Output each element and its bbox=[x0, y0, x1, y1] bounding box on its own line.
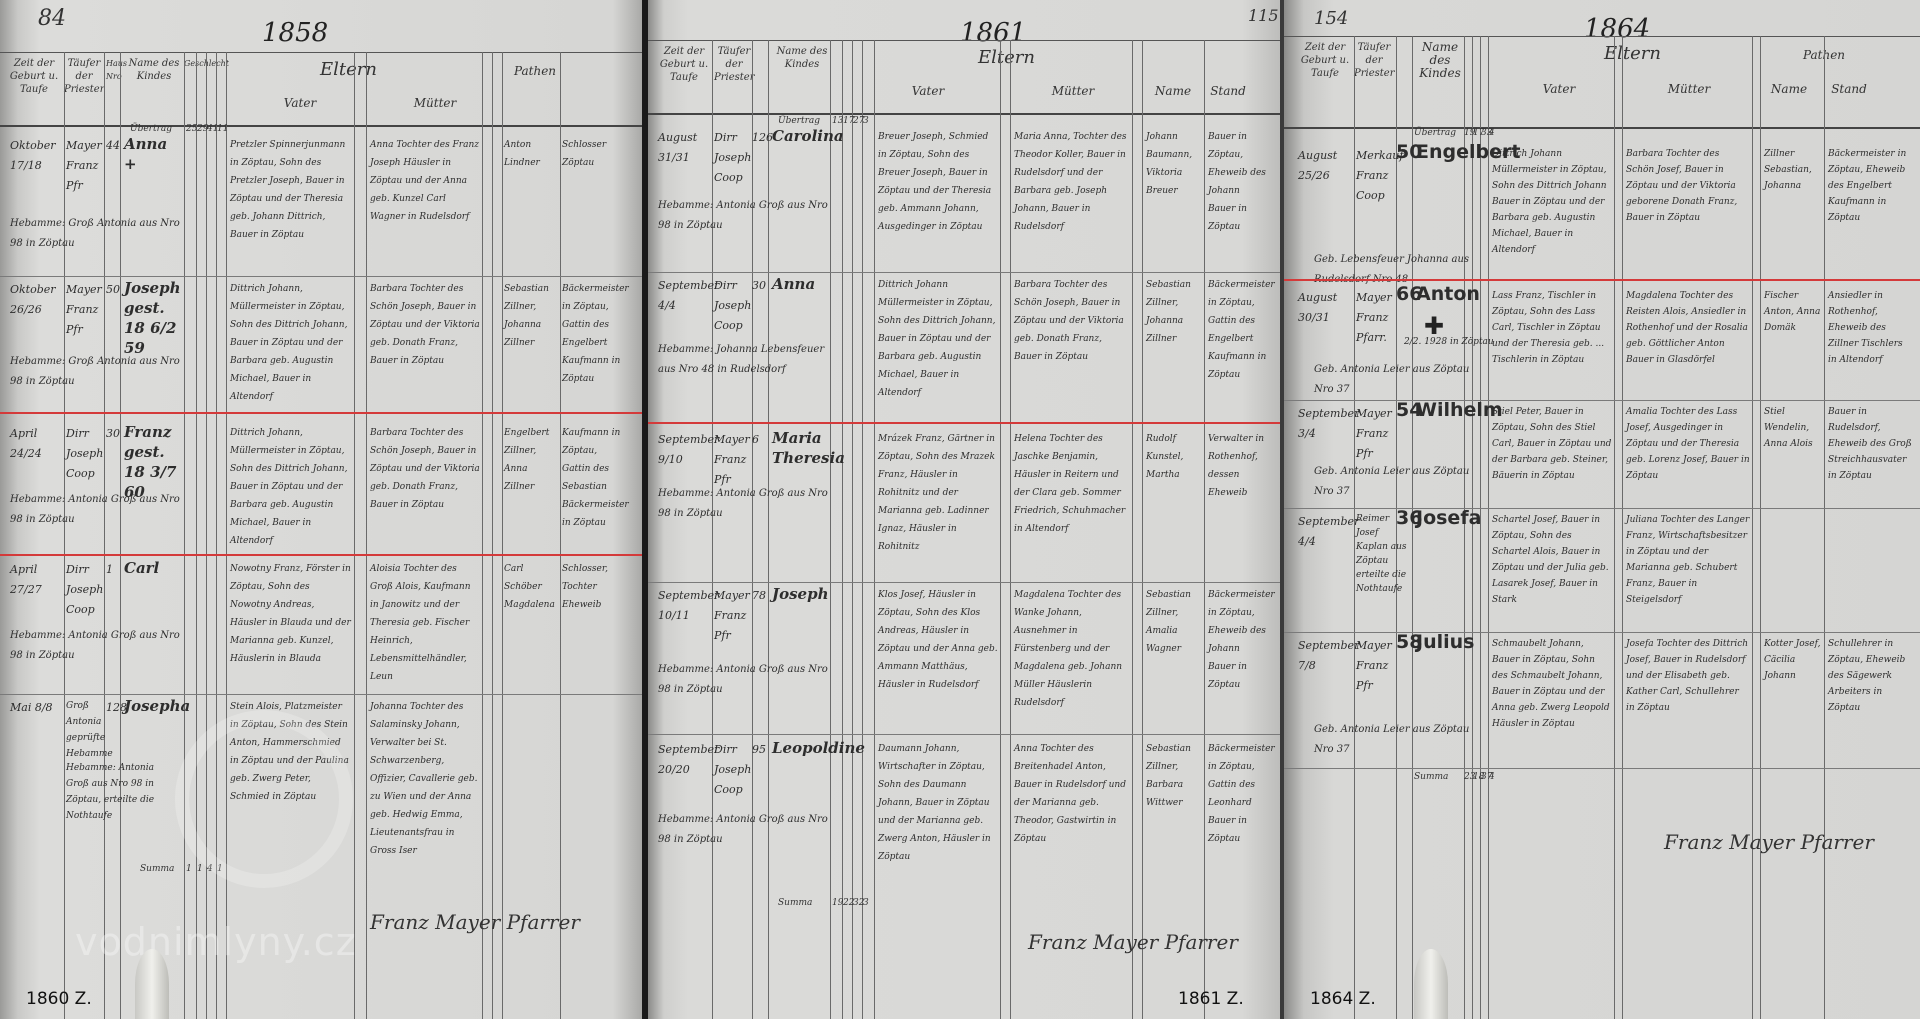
header-priest: Täufer der Priester bbox=[1354, 41, 1394, 80]
entry-priest: Mayer Franz Pfr bbox=[714, 430, 752, 490]
page-number: 115 bbox=[1248, 6, 1279, 25]
watermark-gear-icon bbox=[175, 710, 353, 888]
entry-godparent-name: Rudolf Kunstel, Martha bbox=[1146, 430, 1202, 484]
header-date: Zeit der Geburt u. Taufe bbox=[1298, 41, 1352, 80]
carryover-count: 25 bbox=[186, 124, 197, 134]
entry-house: 50 bbox=[106, 280, 120, 300]
archive-stamp: 1860 Z. bbox=[26, 989, 92, 1009]
entry-midwife: Hebamme: Antonia Groß aus Nro 98 in Zöpt… bbox=[658, 810, 828, 850]
column-header-row: Zeit der Geburt u. Taufe Täufer der Prie… bbox=[0, 52, 645, 127]
entry-house: 126 bbox=[752, 128, 773, 148]
entry-father: Dittrich Johann, Müllermeister in Zöptau… bbox=[230, 280, 352, 406]
header-father: Vater bbox=[1514, 83, 1604, 96]
entry-date: September 20/20 bbox=[658, 740, 710, 780]
entry-father: Dittrich Johann, Müllermeister in Zöptau… bbox=[230, 424, 352, 550]
column-divider bbox=[492, 52, 493, 1019]
entry-midwife: Geb. Antonia Leier aus Zöptau Nro 37 bbox=[1314, 462, 1484, 502]
summa-count: 1 bbox=[197, 864, 203, 874]
entry-date: August 25/26 bbox=[1298, 146, 1352, 186]
thumb-clip bbox=[135, 949, 169, 1019]
entry-godparent-name: Sebastian Zillner, Barbara Wittwer bbox=[1146, 740, 1202, 812]
thumb-clip bbox=[1414, 949, 1448, 1019]
entry-priest: Mayer Franz Pfr bbox=[66, 136, 104, 196]
entry-midwife: Hebamme: Groß Antonia aus Nro 98 in Zöpt… bbox=[10, 352, 180, 392]
entry-midwife: Hebamme: Antonia Groß aus Nro 98 in Zöpt… bbox=[658, 484, 828, 524]
page-number: 154 bbox=[1314, 8, 1348, 29]
entry-date: September 3/4 bbox=[1298, 404, 1352, 444]
header-house: Haus Nro bbox=[106, 57, 120, 83]
red-marker-line bbox=[0, 554, 645, 556]
column-divider bbox=[502, 52, 503, 1019]
entry-child: Anna + bbox=[124, 134, 184, 174]
column-divider bbox=[482, 52, 483, 1019]
entry-child: Josefa bbox=[1416, 508, 1466, 528]
entry-midwife: Hebamme: Antonia Groß aus Nro 98 in Zöpt… bbox=[10, 626, 180, 666]
entry-date: Oktober 17/18 bbox=[10, 136, 62, 176]
entry-date: September 7/8 bbox=[1298, 636, 1352, 676]
entry-father: Dittrich Johann Müllermeister in Zöptau,… bbox=[878, 276, 998, 402]
entry-house: 44 bbox=[106, 136, 120, 156]
entry-house: 30 bbox=[106, 424, 120, 444]
summa-count: 4 bbox=[1489, 772, 1495, 782]
header-child: Name des Kindes bbox=[772, 45, 832, 71]
entry-godparent-status: Bäckermeister in Zöptau, Eheweib des Joh… bbox=[1208, 586, 1268, 694]
entry-house: 78 bbox=[752, 586, 766, 606]
entry-date: Oktober 26/26 bbox=[10, 280, 62, 320]
entry-midwife: Hebamme: Antonia Groß aus Nro 98 in Zöpt… bbox=[658, 196, 828, 236]
entry-date: August 31/31 bbox=[658, 128, 710, 168]
entry-priest: Merkauf Franz Coop bbox=[1356, 146, 1396, 206]
entry-child: Leopoldine bbox=[772, 738, 842, 758]
entry-priest: Mayer Franz Pfarr. bbox=[1356, 288, 1396, 348]
column-divider bbox=[1132, 40, 1133, 1019]
column-divider bbox=[1488, 36, 1489, 1019]
archive-stamp: 1861 Z. bbox=[1178, 989, 1244, 1009]
entry-date: September 4/4 bbox=[658, 276, 710, 316]
summa-count: 1 bbox=[186, 864, 192, 874]
entry-mother: Barbara Tochter des Schön Josef, Bauer i… bbox=[1626, 146, 1750, 226]
entry-child: Anton bbox=[1416, 284, 1466, 304]
entry-father: Klos Josef, Häusler in Zöptau, Sohn des … bbox=[878, 586, 998, 694]
entry-mother: Barbara Tochter des Schön Joseph, Bauer … bbox=[370, 424, 480, 514]
entry-godparent-name: Stiel Wendelin, Anna Alois bbox=[1764, 404, 1822, 452]
header-parents: Eltern bbox=[320, 59, 377, 80]
entry-child: Engelbert bbox=[1416, 142, 1466, 162]
entry-date: September 9/10 bbox=[658, 430, 710, 470]
entry-house: 6 bbox=[752, 430, 759, 450]
entry-date: August 30/31 bbox=[1298, 288, 1352, 328]
header-parents: Eltern bbox=[1604, 43, 1661, 64]
column-divider bbox=[1622, 36, 1623, 1019]
entry-godparent-name: Sebastian Zillner, Johanna Zillner bbox=[1146, 276, 1202, 348]
red-marker-line bbox=[648, 422, 1280, 424]
column-divider bbox=[752, 40, 753, 1019]
entry-father: Dittrich Johann Müllermeister in Zöptau,… bbox=[1492, 146, 1612, 258]
column-divider bbox=[768, 40, 769, 1019]
signature: Franz Mayer Pfarrer bbox=[1028, 930, 1238, 954]
column-divider bbox=[366, 52, 367, 1019]
header-father: Vater bbox=[878, 85, 978, 98]
entry-midwife: Hebamme: Johanna Lebensfeuer aus Nro 48 … bbox=[658, 340, 838, 380]
column-divider bbox=[862, 40, 863, 1019]
entry-mother: Aloisia Tochter des Groß Alois, Kaufmann… bbox=[370, 560, 480, 686]
entry-mother: Barbara Tochter des Schön Joseph, Bauer … bbox=[370, 280, 480, 370]
entry-midwife: Geb. Antonia Leier aus Zöptau Nro 37 bbox=[1314, 720, 1484, 760]
column-divider bbox=[852, 40, 853, 1019]
entry-house: 30 bbox=[752, 276, 766, 296]
entry-child: Julius bbox=[1416, 632, 1466, 652]
row-divider bbox=[1284, 508, 1920, 509]
entry-mother: Barbara Tochter des Schön Joseph, Bauer … bbox=[1014, 276, 1130, 366]
column-divider bbox=[560, 52, 561, 1019]
column-divider bbox=[64, 52, 65, 1019]
header-priest: Täufer der Priester bbox=[64, 57, 104, 96]
row-divider bbox=[648, 582, 1280, 583]
header-godparent-status: Stand bbox=[1203, 85, 1253, 98]
column-divider bbox=[184, 52, 185, 1019]
row-divider bbox=[1284, 768, 1920, 769]
entry-father: Schartel Josef, Bauer in Zöptau, Sohn de… bbox=[1492, 512, 1612, 608]
column-header-row: Zeit der Geburt u. Taufe Täufer der Prie… bbox=[648, 40, 1280, 115]
column-divider bbox=[842, 40, 843, 1019]
column-divider bbox=[354, 52, 355, 1019]
entry-father: Breuer Joseph, Schmied in Zöptau, Sohn d… bbox=[878, 128, 998, 236]
entry-godparent-status: Verwalter in Rothenhof, dessen Eheweib bbox=[1208, 430, 1268, 502]
entry-priest: Groß Antonia geprüfte Hebamme bbox=[66, 698, 104, 762]
column-divider bbox=[1204, 40, 1205, 1019]
summa-label: Summa bbox=[778, 898, 812, 908]
entry-godparent-name: Engelbert Zillner, Anna Zillner bbox=[504, 424, 560, 496]
entry-date: Mai 8/8 bbox=[10, 698, 62, 718]
register-page-1858: 84 1858 Zeit der Geburt u. Taufe Täufer … bbox=[0, 0, 645, 1019]
entry-godparent-status: Schlosser, Tochter Eheweib bbox=[562, 560, 622, 614]
entry-midwife: Hebamme: Groß Antonia aus Nro 98 in Zöpt… bbox=[10, 214, 180, 254]
entry-godparent-name: Sebastian Zillner, Amalia Wagner bbox=[1146, 586, 1202, 658]
column-divider bbox=[120, 52, 121, 1019]
row-divider bbox=[648, 272, 1280, 273]
header-child: Name des Kindes bbox=[124, 57, 184, 83]
header-mother: Mütter bbox=[1644, 83, 1734, 96]
page-year: 1858 bbox=[262, 18, 328, 48]
entry-father: Daumann Johann, Wirtschafter in Zöptau, … bbox=[878, 740, 998, 866]
watermark-text: vodnimlyny.cz bbox=[75, 920, 357, 964]
entry-date: September 10/11 bbox=[658, 586, 710, 626]
entry-child: Carolina bbox=[772, 126, 832, 146]
column-divider bbox=[1752, 36, 1753, 1019]
carryover-count: 3 bbox=[863, 116, 869, 126]
entry-mother: Anna Tochter des Breitenhadel Anton, Bau… bbox=[1014, 740, 1130, 848]
entry-godparent-name: Fischer Anton, Anna Domäk bbox=[1764, 288, 1822, 336]
column-divider bbox=[1824, 36, 1825, 1019]
entry-priest: Dirr Joseph Coop bbox=[714, 128, 752, 188]
entry-child: Joseph bbox=[772, 584, 832, 604]
entry-priest: Mayer Franz Pfr bbox=[714, 586, 752, 646]
entry-godparent-status: Schullehrer in Zöptau, Eheweib des Sägew… bbox=[1828, 636, 1914, 716]
column-divider bbox=[104, 52, 105, 1019]
entry-godparent-name: Kotter Josef, Cäcilia Johann bbox=[1764, 636, 1822, 684]
header-godparent-name: Name bbox=[1148, 85, 1198, 98]
carryover-label: Übertrag bbox=[1414, 128, 1456, 138]
column-divider bbox=[874, 40, 875, 1019]
register-page-1861: 1861 115 Zeit der Geburt u. Taufe Täufer… bbox=[648, 0, 1280, 1019]
entry-godparent-name: Anton Lindner bbox=[504, 136, 560, 172]
register-page-1864: 154 1864 Zeit der Geburt u. Taufe Täufer… bbox=[1284, 0, 1920, 1019]
entry-child: Joseph gest. 18 6/2 59 bbox=[124, 278, 184, 358]
entry-house: 1 bbox=[106, 560, 113, 580]
entry-father: Nowotny Franz, Förster in Zöptau, Sohn d… bbox=[230, 560, 352, 668]
summa-count: 3 bbox=[863, 898, 869, 908]
entry-mother: Magdalena Tochter des Reisten Alois, Ans… bbox=[1626, 288, 1750, 368]
summa-label: Summa bbox=[140, 864, 174, 874]
entry-priest: Dirr Joseph Coop bbox=[66, 560, 104, 620]
entry-priest: Dirr Joseph Coop bbox=[714, 740, 752, 800]
entry-midwife: Geb. Antonia Leier aus Zöptau Nro 37 bbox=[1314, 360, 1484, 400]
entry-midwife: Hebamme: Antonia Groß aus Nro 98 in Zöpt… bbox=[10, 490, 180, 530]
entry-mother: Helena Tochter des Jaschke Benjamin, Häu… bbox=[1014, 430, 1130, 538]
column-divider bbox=[1142, 40, 1143, 1019]
entry-mother: Amalia Tochter des Lass Josef, Ausgeding… bbox=[1626, 404, 1750, 484]
carryover-count: 13 bbox=[832, 116, 843, 126]
entry-date: April 24/24 bbox=[10, 424, 62, 464]
entry-godparent-name: Zillner Sebastian, Johanna bbox=[1764, 146, 1822, 194]
header-mother: Mütter bbox=[1023, 85, 1123, 98]
page-number: 84 bbox=[38, 6, 66, 31]
entry-godparent-status: Bäckermeister in Zöptau, Eheweib des Eng… bbox=[1828, 146, 1914, 226]
column-divider bbox=[1760, 36, 1761, 1019]
entry-father: Pretzler Spinnerjunmann in Zöptau, Sohn … bbox=[230, 136, 352, 244]
header-child: Name des Kindes bbox=[1414, 41, 1466, 80]
header-date: Zeit der Geburt u. Taufe bbox=[8, 57, 60, 96]
column-divider bbox=[1000, 40, 1001, 1019]
signature: Franz Mayer Pfarrer bbox=[370, 910, 580, 934]
archive-stamp: 1864 Z. bbox=[1310, 989, 1376, 1009]
header-date: Zeit der Geburt u. Taufe bbox=[658, 45, 710, 84]
entry-godparent-status: Schlosser Zöptau bbox=[562, 136, 622, 172]
header-mother: Mütter bbox=[385, 97, 485, 110]
entry-father: Stiel Peter, Bauer in Zöptau, Sohn des S… bbox=[1492, 404, 1612, 484]
row-divider bbox=[1284, 400, 1920, 401]
carryover-label: Übertrag bbox=[778, 116, 820, 126]
row-divider bbox=[0, 276, 645, 277]
entry-godparent-name: Sebastian Zillner, Johanna Zillner bbox=[504, 280, 560, 352]
carryover-label: Übertrag bbox=[130, 124, 172, 134]
entry-godparent-status: Bäckermeister in Zöptau, Gattin des Leon… bbox=[1208, 740, 1268, 848]
entry-mother: Juliana Tochter des Langer Franz, Wirtsc… bbox=[1626, 512, 1750, 608]
entry-father: Mrázek Franz, Gärtner in Zöptau, Sohn de… bbox=[878, 430, 998, 556]
entry-mother: Maria Anna, Tochter des Theodor Koller, … bbox=[1014, 128, 1130, 236]
entry-godparent-status: Bäckermeister in Zöptau, Gattin des Enge… bbox=[562, 280, 622, 388]
entry-child: Anna bbox=[772, 274, 832, 294]
summa-count: 19 bbox=[832, 898, 843, 908]
entry-date: September 4/4 bbox=[1298, 512, 1352, 552]
entry-godparent-status: Bäckermeister in Zöptau, Gattin des Enge… bbox=[1208, 276, 1268, 384]
entry-date: April 27/27 bbox=[10, 560, 62, 600]
header-father: Vater bbox=[250, 97, 350, 110]
entry-child: Maria Theresia bbox=[772, 428, 832, 468]
header-godparents: Pathen bbox=[505, 65, 565, 78]
entry-mother: Johanna Tochter des Salaminsky Johann, V… bbox=[370, 698, 480, 860]
entry-father: Schmaubelt Johann, Bauer in Zöptau, Sohn… bbox=[1492, 636, 1612, 732]
header-priest: Täufer der Priester bbox=[714, 45, 754, 84]
entry-child: Wilhelm bbox=[1416, 400, 1466, 420]
entry-godparent-status: Ansiedler in Rothenhof, Eheweib des Zill… bbox=[1828, 288, 1914, 368]
red-marker-line bbox=[1284, 279, 1920, 281]
entry-priest: Mayer Franz Pfr bbox=[1356, 404, 1396, 464]
entry-godparent-status: Kaufmann in Zöptau, Gattin des Sebastian… bbox=[562, 424, 622, 532]
carryover-count: 4 bbox=[1489, 128, 1495, 138]
column-divider bbox=[830, 40, 831, 1019]
entry-house: 95 bbox=[752, 740, 766, 760]
entry-midwife: Hebamme: Antonia Groß aus Nro 98 in Zöpt… bbox=[66, 760, 176, 824]
carryover-count: 11 bbox=[217, 124, 228, 134]
row-divider bbox=[1284, 632, 1920, 633]
red-marker-line bbox=[0, 412, 645, 414]
signature: Franz Mayer Pfarrer bbox=[1664, 830, 1874, 854]
death-note: 2/2. 1928 in Zöptau bbox=[1404, 336, 1494, 348]
entry-godparent-status: Bauer in Zöptau, Eheweib des Johann Baue… bbox=[1208, 128, 1268, 236]
entry-priest: Dirr Joseph Coop bbox=[714, 276, 752, 336]
entry-father: Lass Franz, Tischler in Zöptau, Sohn des… bbox=[1492, 288, 1612, 368]
entry-priest: Mayer Franz Pfr bbox=[1356, 636, 1396, 696]
column-divider bbox=[712, 40, 713, 1019]
entry-child: Josepha bbox=[124, 696, 184, 716]
entry-mother: Josefa Tochter des Dittrich Josef, Bauer… bbox=[1626, 636, 1750, 716]
entry-priest: Dirr Joseph Coop bbox=[66, 424, 104, 484]
entry-priest: Mayer Franz Pfr bbox=[66, 280, 104, 340]
entry-mother: Anna Tochter des Franz Joseph Häusler in… bbox=[370, 136, 480, 226]
column-divider bbox=[1614, 36, 1615, 1019]
header-godparent-name: Name bbox=[1764, 83, 1814, 96]
entry-godparent-name: Johann Baumann, Viktoria Breuer bbox=[1146, 128, 1202, 200]
entry-godparent-name: Carl Schöber Magdalena bbox=[504, 560, 560, 614]
entry-midwife: Hebamme: Antonia Groß aus Nro 98 in Zöpt… bbox=[658, 660, 828, 700]
header-sex: Geschlecht bbox=[184, 57, 214, 70]
summa-label: Summa bbox=[1414, 772, 1448, 782]
column-divider bbox=[1010, 40, 1011, 1019]
entry-mother: Magdalena Tochter des Wanke Johann, Ausn… bbox=[1014, 586, 1130, 712]
header-godparent-status: Stand bbox=[1824, 83, 1874, 96]
entry-godparent-status: Bauer in Rudelsdorf, Eheweib des Groß St… bbox=[1828, 404, 1914, 484]
row-divider bbox=[648, 734, 1280, 735]
row-divider bbox=[0, 694, 645, 695]
entry-child: Carl bbox=[124, 558, 184, 578]
header-parents: Eltern bbox=[978, 47, 1035, 68]
